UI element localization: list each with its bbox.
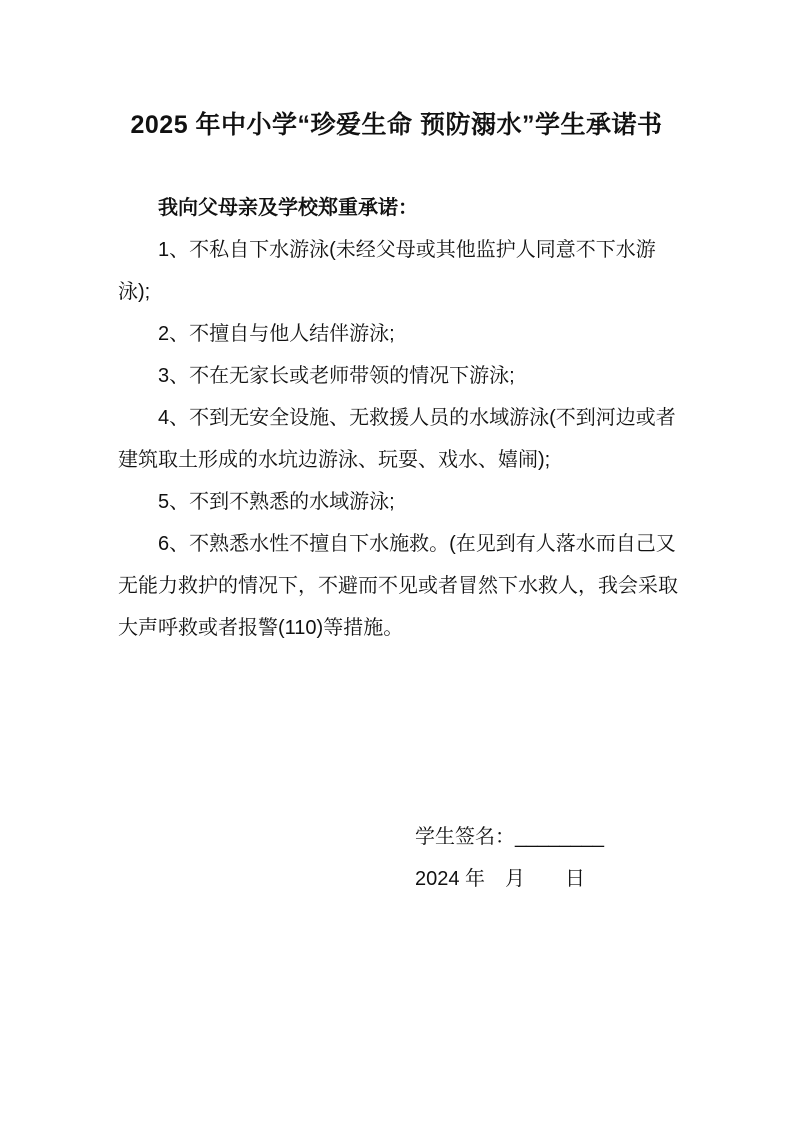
- body-line: 2、不擅自与他人结伴游泳;: [118, 313, 675, 355]
- body-line: 1、不私自下水游泳(未经父母或其他监护人同意不下水游: [118, 229, 675, 271]
- body-line: 建筑取土形成的水坑边游泳、玩耍、戏水、嬉闹);: [118, 439, 675, 481]
- body-line: 6、不熟悉水性不擅自下水施救。(在见到有人落水而自己又: [118, 523, 675, 565]
- student-signature-line: 学生签名：________: [415, 816, 675, 858]
- body-line: 我向父母亲及学校郑重承诺：: [118, 187, 675, 229]
- signature-block: 学生签名：________ 2024 年 月 日: [415, 816, 675, 900]
- body-text: 我向父母亲及学校郑重承诺：1、不私自下水游泳(未经父母或其他监护人同意不下水游泳…: [118, 187, 675, 649]
- body-line: 泳);: [118, 271, 675, 313]
- body-line: 5、不到不熟悉的水域游泳;: [118, 481, 675, 523]
- document-page: 2025 年中小学“珍爱生命 预防溺水”学生承诺书 我向父母亲及学校郑重承诺：1…: [0, 0, 793, 1122]
- document-title: 2025 年中小学“珍爱生命 预防溺水”学生承诺书: [118, 105, 675, 145]
- body-line: 无能力救护的情况下，不避而不见或者冒然下水救人，我会采取: [118, 565, 675, 607]
- date-line: 2024 年 月 日: [415, 858, 675, 900]
- body-line: 大声呼救或者报警(110)等措施。: [118, 607, 675, 649]
- body-line: 3、不在无家长或老师带领的情况下游泳;: [118, 355, 675, 397]
- body-line: 4、不到无安全设施、无救援人员的水域游泳(不到河边或者: [118, 397, 675, 439]
